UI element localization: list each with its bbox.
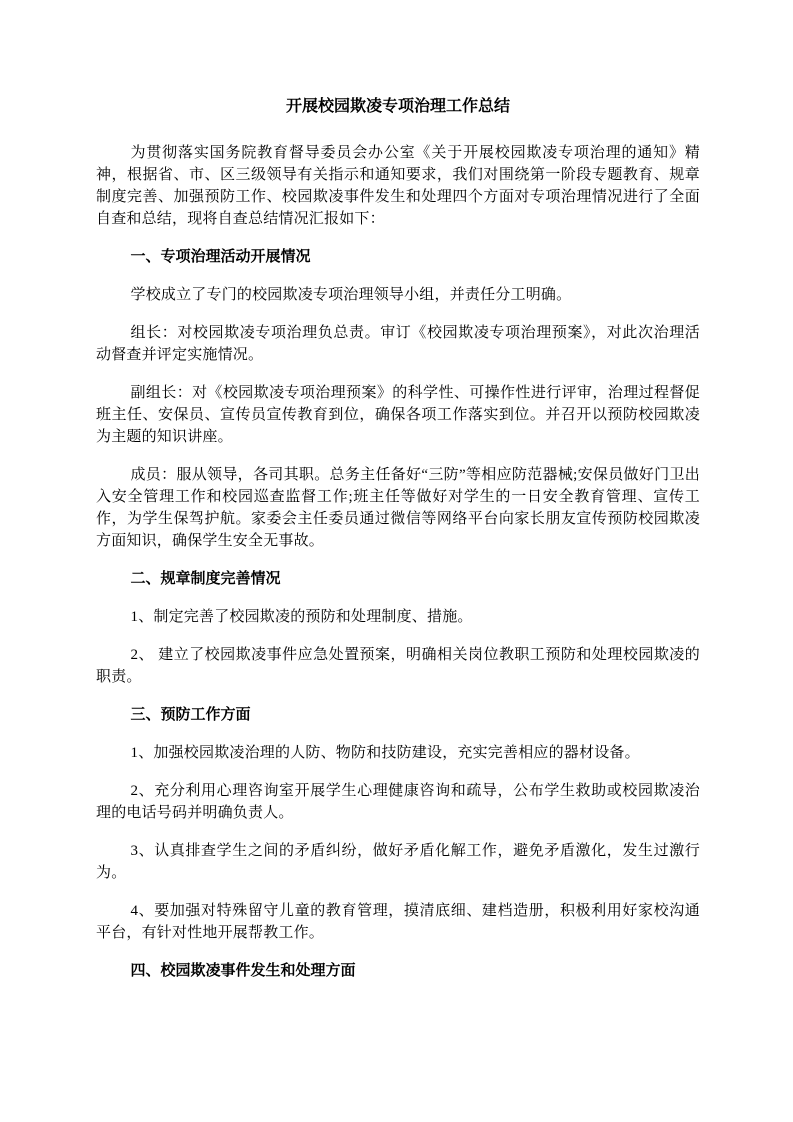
paragraph-prevention-item-2: 2、充分利用心理咨询室开展学生心理健康咨询和疏导，公布学生救助或校园欺凌治理的电…	[96, 780, 700, 824]
paragraph-rules-item-1: 1、制定完善了校园欺凌的预防和处理制度、措施。	[96, 606, 700, 628]
paragraph-intro: 为贯彻落实国务院教育督导委员会办公室《关于开展校园欺凌专项治理的通知》精神，根据…	[96, 142, 700, 230]
paragraph-deputy-leader: 副组长：对《校园欺凌专项治理预案》的科学性、可操作性进行评审，治理过程督促班主任…	[96, 382, 700, 448]
doc-title: 开展校园欺凌专项治理工作总结	[96, 96, 700, 118]
section-heading-2: 二、规章制度完善情况	[96, 568, 700, 590]
section-heading-3: 三、预防工作方面	[96, 704, 700, 726]
paragraph-prevention-item-3: 3、认真排查学生之间的矛盾纠纷，做好矛盾化解工作，避免矛盾激化，发生过激行为。	[96, 840, 700, 884]
document-page: 开展校园欺凌专项治理工作总结 为贯彻落实国务院教育督导委员会办公室《关于开展校园…	[0, 0, 793, 1122]
section-heading-1: 一、专项治理活动开展情况	[96, 246, 700, 268]
paragraph-prevention-item-4: 4、要加强对特殊留守儿童的教育管理，摸清底细、建档造册，积极利用好家校沟通平台，…	[96, 900, 700, 944]
paragraph-prevention-item-1: 1、加强校园欺凌治理的人防、物防和技防建设，充实完善相应的器材设备。	[96, 742, 700, 764]
paragraph-rules-item-2: 2、 建立了校园欺凌事件应急处置预案，明确相关岗位教职工预防和处理校园欺凌的职责…	[96, 644, 700, 688]
section-heading-4: 四、校园欺凌事件发生和处理方面	[96, 960, 700, 982]
paragraph-group-leader: 组长：对校园欺凌专项治理负总责。审订《校园欺凌专项治理预案》，对此次治理活动督查…	[96, 322, 700, 366]
paragraph-members: 成员：服从领导，各司其职。总务主任备好“三防”等相应防范器械;安保员做好门卫出入…	[96, 464, 700, 552]
paragraph-leading-group: 学校成立了专门的校园欺凌专项治理领导小组，并责任分工明确。	[96, 284, 700, 306]
